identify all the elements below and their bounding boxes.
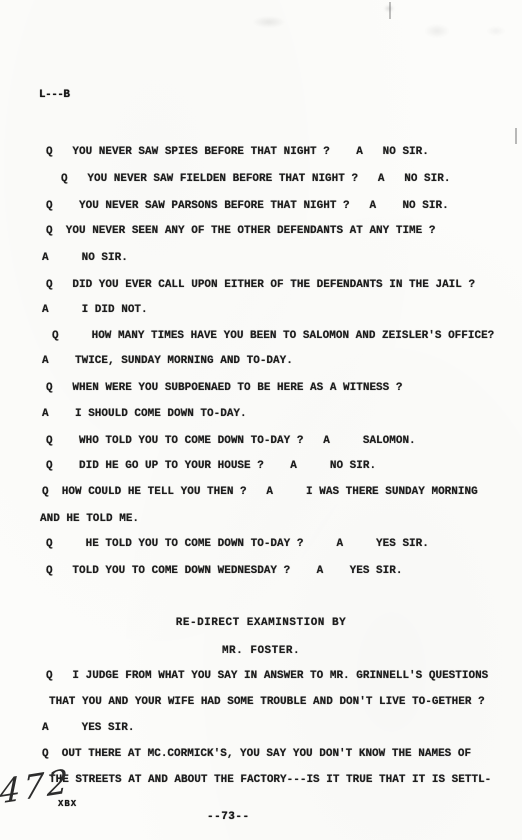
transcript-line: Q WHO TOLD YOU TO COME DOWN TO-DAY ? A S… bbox=[46, 436, 416, 447]
series-mark: L---B bbox=[39, 89, 70, 101]
attorney-name: MR. FOSTER. bbox=[0, 646, 522, 657]
transcript-line: THE STREETS AT AND ABOUT THE FACTORY---I… bbox=[49, 775, 491, 786]
transcript-line: A YES SIR. bbox=[42, 723, 134, 734]
transcript-line: Q I JUDGE FROM WHAT YOU SAY IN ANSWER TO… bbox=[46, 671, 488, 682]
transcript-line: Q YOU NEVER SAW FIELDEN BEFORE THAT NIGH… bbox=[61, 174, 450, 185]
document-page: L---B Q YOU NEVER SAW SPIES BEFORE THAT … bbox=[0, 0, 522, 840]
scan-mark bbox=[389, 2, 391, 19]
transcript-line: Q YOU NEVER SAW SPIES BEFORE THAT NIGHT … bbox=[46, 147, 429, 158]
transcript-line: A NO SIR. bbox=[42, 253, 128, 264]
page-number: --73-- bbox=[207, 811, 250, 823]
transcript-line: Q HOW COULD HE TELL YOU THEN ? A I WAS T… bbox=[42, 487, 478, 498]
scan-smudge bbox=[252, 16, 286, 28]
transcript-line: Q HOW MANY TIMES HAVE YOU BEEN TO SALOMO… bbox=[52, 331, 494, 342]
transcript-line: AND HE TOLD ME. bbox=[40, 514, 139, 525]
transcript-line: A I DID NOT. bbox=[42, 305, 148, 316]
transcript-line: Q OUT THERE AT MC.CORMICK'S, YOU SAY YOU… bbox=[42, 749, 471, 760]
scan-mark bbox=[515, 128, 517, 144]
scan-smudge bbox=[424, 24, 450, 38]
transcript-line: THAT YOU AND YOUR WIFE HAD SOME TROUBLE … bbox=[49, 697, 485, 708]
section-heading: RE-DIRECT EXAMINSTION BY bbox=[0, 618, 522, 629]
transcript-line: Q YOU NEVER SAW PARSONS BEFORE THAT NIGH… bbox=[46, 201, 449, 212]
transcript-line: Q YOU NEVER SEEN ANY OF THE OTHER DEFEND… bbox=[46, 226, 435, 237]
scan-smudge bbox=[384, 5, 394, 12]
transcript-line: Q DID YOU EVER CALL UPON EITHER OF THE D… bbox=[46, 280, 475, 291]
transcript-line: Q DID HE GO UP TO YOUR HOUSE ? A NO SIR. bbox=[46, 461, 376, 472]
transcript-line: Q WHEN WERE YOU SUBPOENAED TO BE HERE AS… bbox=[46, 383, 402, 394]
scan-smudge bbox=[486, 26, 506, 36]
transcript-line: Q HE TOLD YOU TO COME DOWN TO-DAY ? A YE… bbox=[46, 539, 429, 550]
reporter-mark: XBX bbox=[58, 799, 77, 809]
transcript-line: Q TOLD YOU TO COME DOWN WEDNESDAY ? A YE… bbox=[46, 566, 402, 577]
transcript-line: A TWICE, SUNDAY MORNING AND TO-DAY. bbox=[42, 356, 293, 367]
transcript-line: A I SHOULD COME DOWN TO-DAY. bbox=[42, 409, 247, 420]
